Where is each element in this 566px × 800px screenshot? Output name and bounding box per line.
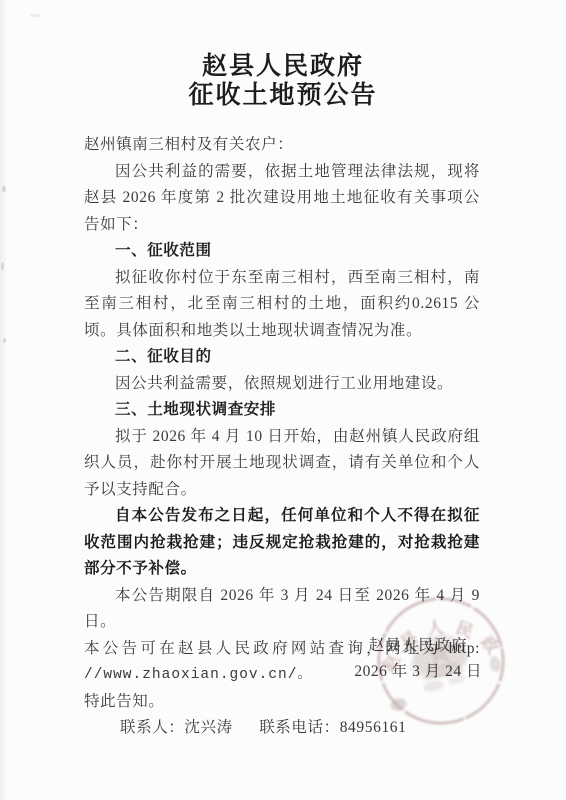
contact-phone: 联系电话：84956161 xyxy=(259,719,406,736)
scan-artifact xyxy=(30,14,40,17)
scan-artifact xyxy=(1,262,4,271)
paragraph-survey: 拟于 2026 年 4 月 10 日开始，由赵州镇人民政府组织人员，赴你村开展土… xyxy=(84,424,480,504)
signature-date: 2026 年 3 月 24 日 xyxy=(354,659,482,685)
paragraph-validity-period: 本公告期限自 2026 年 3 月 24 日至 2026 年 4 月 9 日。 xyxy=(84,583,480,636)
section-heading-2: 二、征收目的 xyxy=(84,344,480,371)
paragraph-purpose: 因公共利益需要，依照规划进行工业用地建设。 xyxy=(84,371,480,398)
section-heading-1: 一、征收范围 xyxy=(84,238,480,265)
paragraph-intro: 因公共利益的需要，依据土地管理法律法规，现将赵县 2026 年度第 2 批次建设… xyxy=(84,159,480,239)
scan-artifact xyxy=(2,186,6,192)
paragraph-scope: 拟征收你村位于东至南三相村，西至南三相村，南至南三相村，北至南三相村的土地，面积… xyxy=(84,265,480,345)
paragraph-closing: 特此告知。 xyxy=(84,689,480,716)
salutation: 赵州镇南三相村及有关农户： xyxy=(84,132,480,159)
title-line-1: 赵县人民政府 xyxy=(0,52,566,81)
document-page: 赵县人民政府 征收土地预公告 赵州镇南三相村及有关农户： 因公共利益的需要，依据… xyxy=(0,0,566,800)
contact-line: 联系人：沈兴涛 联系电话：84956161 xyxy=(84,715,480,742)
section-heading-3: 三、土地现状调查安排 xyxy=(84,397,480,424)
document-title: 赵县人民政府 征收土地预公告 xyxy=(0,52,566,110)
paragraph-warning: 自本公告发布之日起，任何单位和个人不得在拟征收范围内抢栽抢建；违反规定抢栽抢建的… xyxy=(84,503,480,583)
scan-artifact xyxy=(3,338,6,343)
signature-block: 赵县人民政府 2026 年 3 月 24 日 xyxy=(354,633,482,685)
contact-person: 联系人：沈兴涛 xyxy=(120,719,233,736)
signature-org: 赵县人民政府 xyxy=(354,633,482,659)
title-line-2: 征收土地预公告 xyxy=(0,81,566,110)
